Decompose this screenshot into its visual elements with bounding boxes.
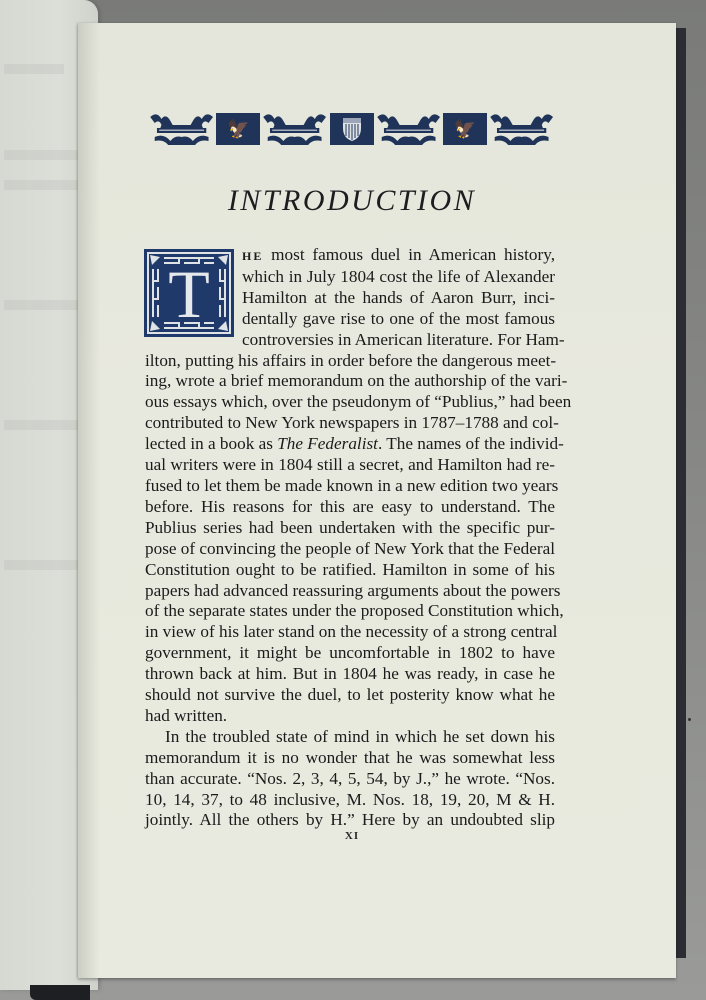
book-title-italic: The Federalist	[277, 434, 378, 453]
text-line: pose of convincing the people of New Yor…	[145, 539, 555, 560]
eagle-icon: 🦅	[454, 120, 476, 138]
text-line: fused to let them be made known in a new…	[145, 476, 555, 497]
crown-ornament-icon	[375, 109, 442, 149]
book-cover-corner	[30, 985, 90, 1000]
headpiece-ornament: 🦅 🦅	[148, 109, 555, 149]
text-line: of the separate states under the propose…	[145, 601, 555, 622]
bleed-through-text	[4, 64, 64, 74]
text-line: before. His reasons for this are easy to…	[145, 497, 555, 518]
text-line: government, it might be uncomfortable in…	[145, 643, 555, 664]
shield-icon	[341, 116, 363, 142]
chapter-title: INTRODUCTION	[150, 184, 554, 218]
crown-ornament-icon	[261, 109, 328, 149]
shield-panel	[330, 113, 374, 145]
text-line: ous essays which, over the pseudonym of …	[145, 392, 555, 413]
drop-cap-letter: T	[144, 261, 234, 327]
text-line: ual writers were in 1804 still a secret,…	[145, 455, 555, 476]
text-line: lected in a book as The Federalist. The …	[145, 434, 555, 455]
text-line: 10, 14, 37, to 48 inclusive, M. Nos. 18,…	[145, 790, 555, 811]
text-line: than accurate. “Nos. 2, 3, 4, 5, 54, by …	[145, 769, 555, 790]
surface-speck	[688, 718, 691, 721]
crown-ornament-icon	[148, 109, 215, 149]
text-line: in view of his later stand on the necess…	[145, 622, 555, 643]
page-number: XI	[150, 830, 554, 842]
text-line: jointly. All the others by H.” Here by a…	[145, 810, 555, 831]
text-line: memorandum it is no wonder that he was s…	[145, 748, 555, 769]
text-line: In the troubled state of mind in which h…	[145, 727, 555, 748]
eagle-panel: 🦅	[216, 113, 260, 145]
eagle-panel: 🦅	[443, 113, 487, 145]
text-line: ilton, putting his affairs in order befo…	[145, 351, 555, 372]
text-line: papers had advanced reassuring arguments…	[145, 581, 555, 602]
text-line: Constitution ought to be ratified. Hamil…	[145, 560, 555, 581]
body-text: T HE most famous duel in American histor…	[145, 245, 555, 831]
crown-ornament-icon	[488, 109, 555, 149]
text-line: contributed to New York newspapers in 17…	[145, 413, 555, 434]
drop-cap: T	[144, 249, 234, 337]
text-line: ing, wrote a brief memorandum on the aut…	[145, 371, 555, 392]
text-line: had written.	[145, 706, 555, 727]
text-line: Publius series had been undertaken with …	[145, 518, 555, 539]
text-line: should not survive the duel, to let post…	[145, 685, 555, 706]
text-line: thrown back at him. But in 1804 he was r…	[145, 664, 555, 685]
eagle-icon: 🦅	[227, 120, 249, 138]
